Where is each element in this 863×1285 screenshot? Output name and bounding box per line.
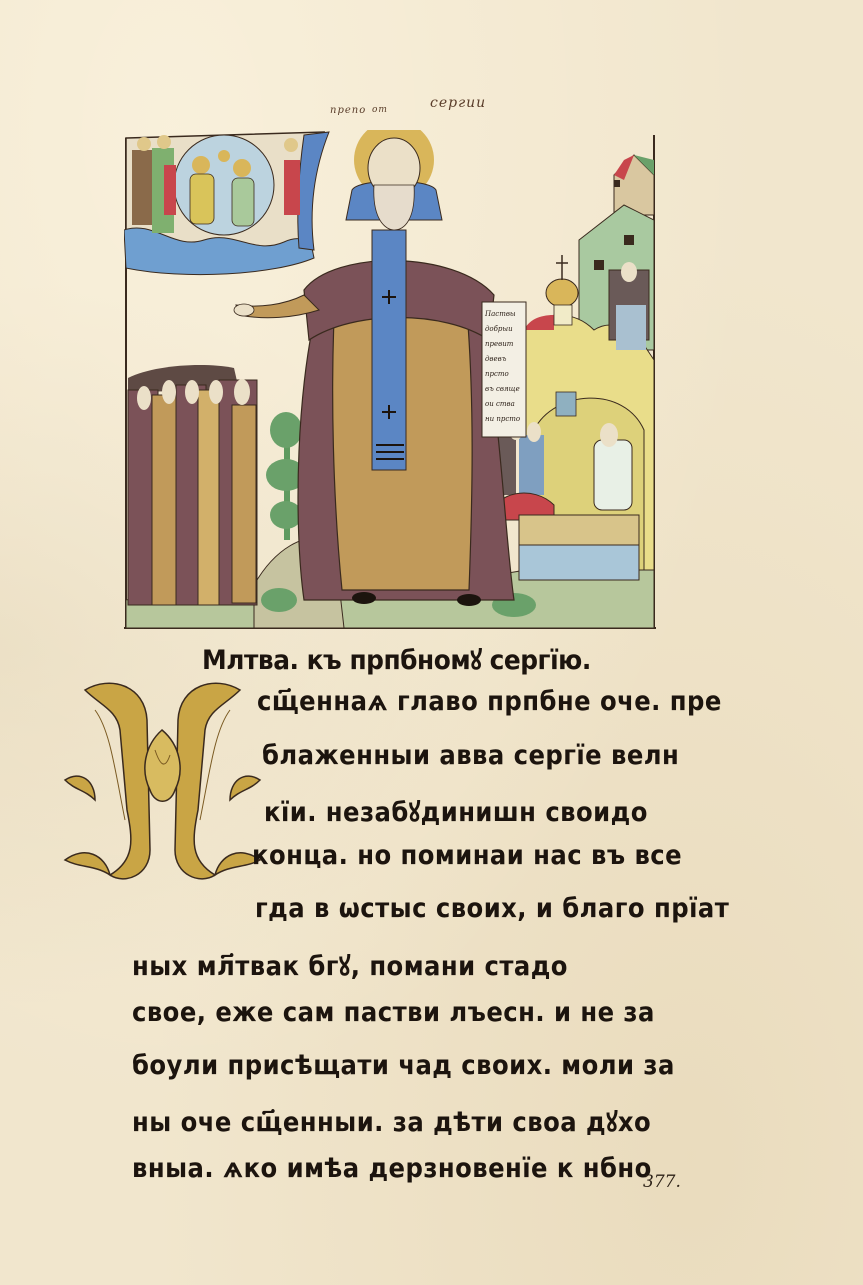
text-line: кїи. незабꙋдинишн своидо: [264, 792, 648, 829]
text-line: свое, еже сам пастви лъесн. и не за: [132, 997, 655, 1028]
svg-text:въ свяще: въ свяще: [485, 385, 520, 393]
text-line: сщ҃еннаѧ главо прпбне оче. пре: [257, 686, 722, 717]
text-line: ны оче сщ҃енныи. за дѣти своа дꙋхо: [132, 1102, 651, 1139]
svg-text:прсто: прсто: [485, 370, 509, 378]
caption-word: от: [372, 105, 388, 115]
miniature-illustration: Паствы добрыи превит двевъ прсто въ свящ…: [124, 130, 656, 630]
text-line: гда в ѡстыс своих, и благо прїат: [255, 893, 729, 924]
caption-word: препо: [330, 105, 366, 116]
svg-text:превит: превит: [485, 340, 514, 348]
prayer-title: Млтва. къ прпбномꙋ сергїю.: [202, 640, 591, 677]
caption-word: сергии: [430, 95, 486, 111]
manuscript-page: препо от сергии: [0, 0, 863, 1285]
text-line: блаженныи авва сергїе велн: [262, 740, 679, 771]
svg-text:ои ства: ои ства: [485, 400, 515, 408]
monks-group: [128, 365, 257, 605]
text-line: боули присѣщати чад своих. моли за: [132, 1050, 675, 1081]
text-line: конца. но поминаи нас въ все: [252, 840, 682, 871]
text-line: ных мл҃твак бгꙋ, помани стадо: [132, 946, 568, 983]
text-line: вныа. ѧко имѣа дерзновенїе к нбно: [132, 1153, 652, 1184]
svg-text:Паствы: Паствы: [484, 310, 516, 318]
heavenly-vision: [124, 132, 329, 275]
illuminated-initial: [55, 670, 270, 895]
folio-number: 377.: [643, 1172, 681, 1192]
svg-text:добрыи: добрыи: [485, 325, 513, 333]
scroll: Паствы добрыи превит двевъ прсто въ свящ…: [482, 302, 526, 437]
svg-text:двевъ: двевъ: [485, 355, 507, 363]
svg-text:ни прсто: ни прсто: [485, 415, 520, 423]
